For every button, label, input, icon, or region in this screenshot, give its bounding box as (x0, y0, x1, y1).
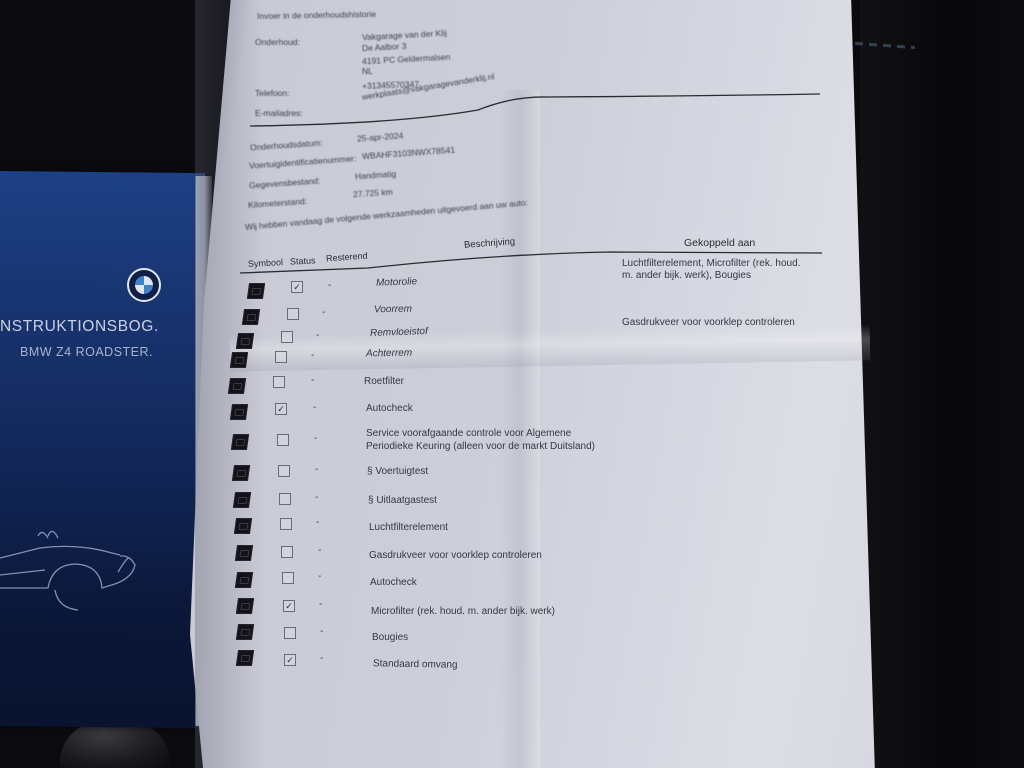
bmw-roundel-icon (127, 268, 161, 302)
status-checkbox (281, 331, 293, 343)
status-checkbox (279, 493, 291, 505)
row-description: Bougies (372, 631, 408, 644)
status-checkbox (273, 376, 285, 388)
row-description: Service voorafgaande controle voor Algem… (366, 427, 595, 453)
booklet-title: NSTRUKTIONSBOG. (0, 318, 159, 336)
remaining-value: - (314, 433, 317, 444)
remaining-value: - (315, 492, 318, 503)
remaining-value: - (313, 402, 316, 413)
service-symbol-icon (236, 650, 254, 666)
service-symbol-icon (231, 434, 249, 450)
status-checkbox-checked: ✓ (275, 403, 287, 415)
service-symbol-icon (235, 572, 253, 588)
service-symbol-icon (236, 598, 254, 614)
row-description: Autocheck (370, 576, 417, 589)
remaining-value: - (318, 571, 321, 582)
remaining-value: - (320, 653, 323, 664)
status-checkbox-checked: ✓ (283, 600, 295, 612)
row-linked-items: Gasdrukveer voor voorklep controleren (622, 317, 795, 329)
service-symbol-icon (234, 518, 252, 534)
remaining-value: - (322, 307, 325, 318)
remaining-value: - (318, 545, 321, 556)
dealer-label: Onderhoud: (255, 37, 300, 47)
seat-edge (60, 722, 170, 768)
service-symbol-icon (233, 492, 251, 508)
remaining-value: - (316, 517, 319, 528)
dealer-line-4: NL (362, 66, 373, 76)
service-symbol-icon (228, 378, 246, 394)
status-checkbox (275, 351, 287, 363)
row-description: Standaard omvang (373, 657, 458, 671)
row-description: Voorrem (374, 303, 412, 317)
car-interior-background (860, 0, 1024, 768)
remaining-value: - (311, 375, 314, 386)
row-description: Luchtfilterelement (369, 521, 448, 534)
status-checkbox (280, 518, 292, 530)
history-note: Invoer in de onderhoudshistorie (257, 9, 376, 21)
row-description: Motorolie (376, 275, 418, 289)
remaining-value: - (319, 599, 322, 610)
remaining-value: - (328, 280, 331, 291)
status-checkbox (284, 627, 296, 639)
service-symbol-icon (242, 309, 260, 325)
status-checkbox (278, 465, 290, 477)
status-checkbox (281, 546, 293, 558)
remaining-value: - (315, 464, 318, 475)
status-checkbox-checked: ✓ (284, 654, 296, 666)
service-symbol-icon (230, 352, 248, 368)
row-description: Roetfilter (364, 375, 404, 388)
row-description: § Voertuigtest (367, 465, 428, 478)
service-symbol-icon (232, 465, 250, 481)
row-linked-items: Luchtfilterelement, Microfilter (rek. ho… (622, 258, 800, 282)
remaining-value: - (320, 626, 323, 637)
status-checkbox (287, 308, 299, 320)
status-checkbox (277, 434, 289, 446)
service-symbol-icon (236, 333, 254, 349)
status-checkbox (282, 572, 294, 584)
header-divider (248, 88, 828, 133)
row-description: Autocheck (366, 402, 413, 415)
service-symbol-icon (230, 404, 248, 420)
row-description: Microfilter (rek. houd. m. ander bijk. w… (371, 605, 555, 618)
row-description: Gasdrukveer voor voorklep controleren (369, 549, 542, 562)
roadster-outline-icon (0, 510, 150, 620)
service-symbol-icon (236, 624, 254, 640)
remaining-value: - (316, 330, 319, 341)
service-symbol-icon (247, 283, 265, 299)
remaining-value: - (311, 350, 314, 361)
booklet-subtitle: BMW Z4 ROADSTER. (20, 345, 153, 359)
row-description: Remvloeistof (370, 325, 428, 340)
row-description: Achterrem (366, 347, 412, 361)
status-checkbox-checked: ✓ (291, 281, 303, 293)
service-symbol-icon (235, 545, 253, 561)
row-description: § Uitlaatgastest (368, 494, 437, 507)
